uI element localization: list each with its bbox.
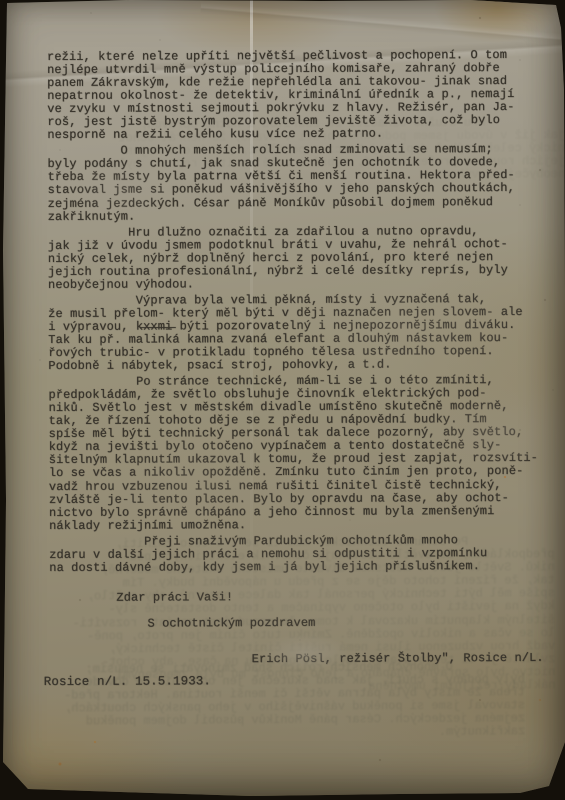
typewritten-paragraph-6: Přeji snaživým Pardubickým ochotníkům mn… — [49, 533, 551, 574]
typewritten-paragraph-5: Po stránce technické, mám-li se i o této… — [48, 374, 551, 533]
crease-line-diagonal-top — [200, 2, 565, 51]
closing-salute: Zdar práci Vaši! — [116, 590, 551, 605]
signature-line: Erich Pösl, režisér Štolby", Rosice n/L. — [252, 652, 552, 666]
closing-regards: S ochotnickým pozdravem — [147, 616, 551, 631]
photo-background: Hru dlužno označiti za zdařilou a nutno … — [0, 0, 565, 800]
letter-body: režii, které nelze upříti největší pečli… — [47, 49, 552, 689]
document-page: Hru dlužno označiti za zdařilou a nutno … — [0, 0, 565, 800]
typewritten-paragraph-4: Výprava byla velmi pěkná, místy i vyznač… — [48, 293, 550, 373]
typewritten-paragraph-3: Hru dlužno označiti za zdařilou a nutno … — [48, 224, 550, 291]
typewritten-paragraph-1: režii, které nelze upříti největší pečli… — [47, 49, 549, 143]
dateline: Rosice n/L. 15.5.1933. — [44, 674, 552, 689]
typewritten-paragraph-2: O mnohých menších rolích snad zminovati … — [47, 143, 549, 223]
